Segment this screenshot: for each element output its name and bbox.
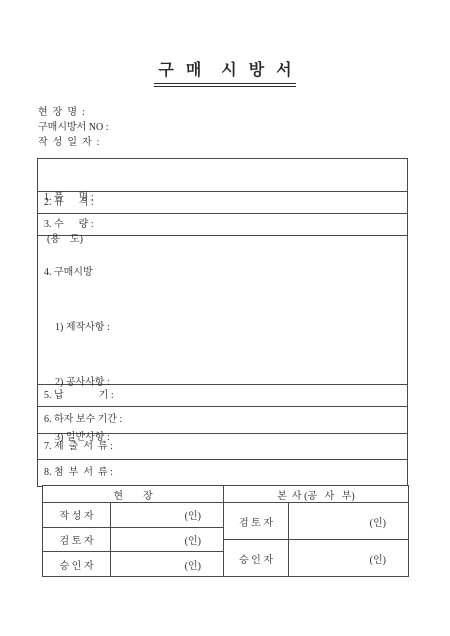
hq-approver-row: 승 인 자 (인) <box>224 539 408 576</box>
row-warranty-period: 6. 하자 보수 기간 : <box>38 406 407 433</box>
approval-table: 현 장 본 사 (공 사 부) 작 성 자 (인) 검 토 자 (인) 승 인 … <box>42 485 409 577</box>
document-meta: 현 장 명 : 구매시방서 NO : 작 성 일 자 : <box>38 105 109 150</box>
purchase-spec-document: 구 매 시 방 서 현 장 명 : 구매시방서 NO : 작 성 일 자 : 1… <box>0 0 450 636</box>
approval-table-header: 현 장 본 사 (공 사 부) <box>43 486 408 503</box>
row-item-name: 1. 품 명 : (용 도) <box>38 159 407 191</box>
site-writer-seal: (인) <box>111 503 223 527</box>
created-date-label: 작 성 일 자 : <box>38 135 109 150</box>
hq-approver-seal: (인) <box>289 540 408 576</box>
document-title: 구 매 시 방 서 <box>154 57 295 87</box>
purchase-spec-label: 4. 구매시방 <box>44 267 407 279</box>
document-title-wrap: 구 매 시 방 서 <box>0 57 450 87</box>
site-writer-label: 작 성 자 <box>43 503 111 527</box>
hq-reviewer-label: 검 토 자 <box>224 503 289 539</box>
site-header: 현 장 <box>43 486 224 502</box>
hq-approval-column: 검 토 자 (인) 승 인 자 (인) <box>224 503 408 576</box>
fabrication-item-label: 1) 제작사항 : <box>55 322 407 334</box>
site-name-label: 현 장 명 : <box>38 105 109 120</box>
hq-reviewer-row: 검 토 자 (인) <box>224 503 408 539</box>
row-purchase-spec: 4. 구매시방 1) 제작사항 : 2) 공사사항 : 3) 일반사항 : 4)… <box>38 235 407 384</box>
hq-approver-label: 승 인 자 <box>224 540 289 576</box>
spec-no-label: 구매시방서 NO : <box>38 120 109 135</box>
site-reviewer-seal: (인) <box>111 528 223 552</box>
site-approver-label: 승 인 자 <box>43 552 111 576</box>
hq-header: 본 사 (공 사 부) <box>224 486 408 502</box>
site-writer-row: 작 성 자 (인) <box>43 503 223 527</box>
site-reviewer-label: 검 토 자 <box>43 528 111 552</box>
site-approval-column: 작 성 자 (인) 검 토 자 (인) 승 인 자 (인) <box>43 503 224 576</box>
row-quantity: 3. 수 량 : <box>38 213 407 235</box>
site-reviewer-row: 검 토 자 (인) <box>43 527 223 552</box>
site-approver-row: 승 인 자 (인) <box>43 551 223 576</box>
row-attached-docs: 8. 첨 부 서 류 : <box>38 459 407 486</box>
approval-table-body: 작 성 자 (인) 검 토 자 (인) 승 인 자 (인) 검 토 자 (인) <box>43 503 408 576</box>
site-approver-seal: (인) <box>111 552 223 576</box>
hq-reviewer-seal: (인) <box>289 503 408 539</box>
spec-table: 1. 품 명 : (용 도) 2. 규 격 : 3. 수 량 : 4. 구매시방… <box>37 158 408 487</box>
